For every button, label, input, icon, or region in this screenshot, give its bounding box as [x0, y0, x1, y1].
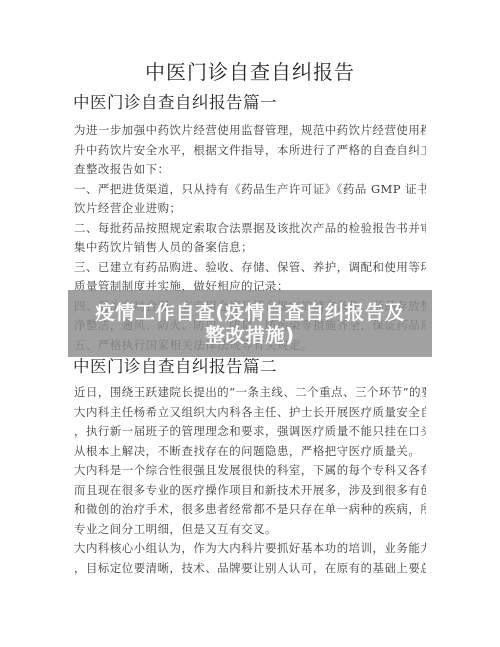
paragraph-line: 饮片经营企业进购； — [74, 199, 426, 219]
paragraph-line: 为进一步加强中药饮片经营使用监督管理，规范中药饮片经营使用秩序，提 — [74, 121, 426, 141]
paragraph-line: 大内科主任杨希立又组织大内科各主任、护士长开展医疗质量安全自查自纠 — [74, 403, 426, 423]
paragraph-line: 二、每批药品按照规定索取合法票据及该批次产品的检验报告书并审核、收 — [74, 219, 426, 239]
paragraph-line: 专业之间分工明细，但是又互有交叉。 — [74, 520, 426, 540]
paragraph-line: 三、已建立有药品购进、验收、存储、保管、养护，调配和使用等环节药品 — [74, 258, 426, 278]
paragraph-line: 近日，围绕王跃建院长提出的“一条主线、二个重点、三个环节”的要求， — [74, 383, 426, 403]
paragraph-line: 和微创的治疗手术，很多患者经常都不是只存在单一病种的疾病，所以每个 — [74, 500, 426, 520]
document-page: 中医门诊自查自纠报告 中医门诊自查自纠报告篇一 为进一步加强中药饮片经营使用监督… — [0, 0, 500, 647]
paragraph-line: 大内科是一个综合性很强且发展很快的科室，下属的每个专科又各有特色， — [74, 461, 426, 481]
paragraph-line: 大内科核心小组认为，作为大内科片要抓好基本功的培训，业务能力的培养 — [74, 539, 426, 559]
document-title: 中医门诊自查自纠报告 — [0, 58, 500, 86]
paragraph-line: ，目标定位要清晰，技术、品牌要让别人认可，在原有的基础上要总结和提 — [74, 559, 426, 579]
banner-title-line-1: 疫情工作自查(疫情自查自纠报告及 — [95, 301, 404, 324]
paragraph-line: 查整改报告如下： — [74, 160, 426, 180]
paragraph-line: 升中药饮片安全水平，根据文件指导，本所进行了严格的自查自纠工作，自 — [74, 141, 426, 161]
banner-title-line-2: 整改措施) — [205, 324, 294, 347]
paragraph-line: 集中药饮片销售人员的备案信息； — [74, 238, 426, 258]
paragraph-line: 一、严把进货渠道，只从持有《药品生产许可证》《药品 GMP 证书》的中药 — [74, 180, 426, 200]
title-overlay-banner: 疫情工作自查(疫情自查自纠报告及 整改措施) — [68, 290, 432, 357]
section-heading-2: 中医门诊自查自纠报告篇二 — [73, 356, 277, 378]
section-heading-1: 中医门诊自查自纠报告篇一 — [73, 92, 277, 114]
paragraph-line: 从根本上解决，不断查找存在的问题隐患，严格把守医疗质量关。 — [74, 442, 426, 462]
paragraph-line: ，执行新一届班子的管理理念和要求，强调医疗质量不能只挂在口头上，要 — [74, 422, 426, 442]
paragraph-line: 而且现在很多专业的医疗操作项目和新技术开展多，涉及到很多有创的检查 — [74, 481, 426, 501]
